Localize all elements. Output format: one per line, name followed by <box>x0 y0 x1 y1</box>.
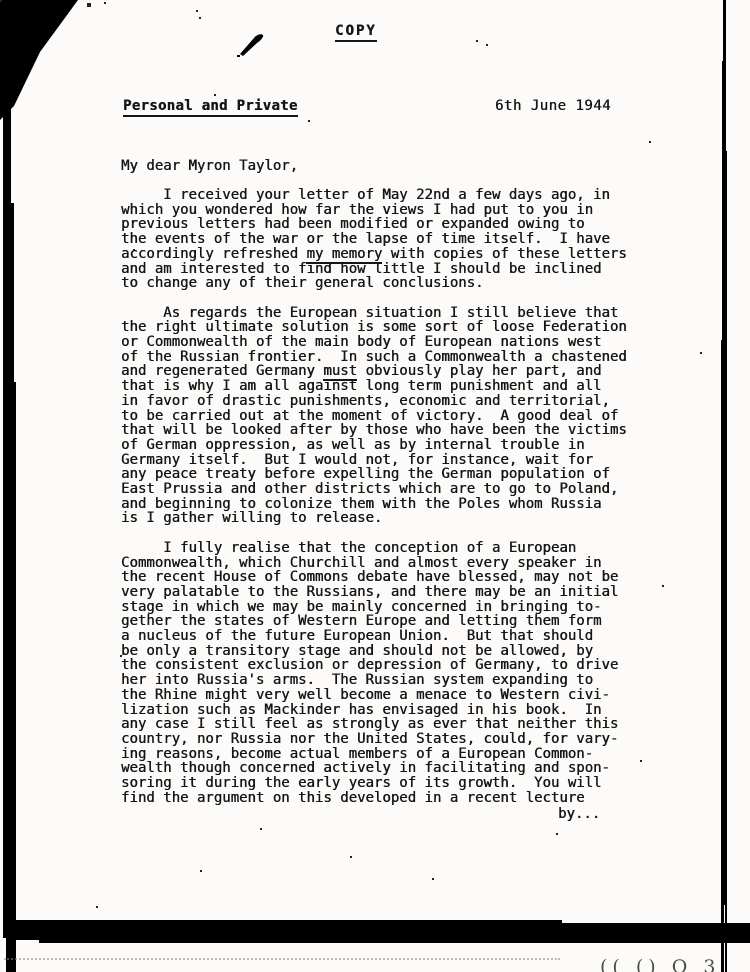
page-corner-fold-artifact <box>0 0 90 125</box>
bottom-dotted-line-artifact <box>4 958 560 960</box>
letter-line: soring it during the early years of its … <box>121 776 661 791</box>
bottom-scan-band-artifact <box>9 920 562 940</box>
letter-line: As regards the European situation I stil… <box>121 306 661 321</box>
letter-line: previous letters had been modified or ex… <box>121 217 661 232</box>
letter-line: in favor of drastic punishments, economi… <box>121 394 661 409</box>
letter-line: I fully realise that the conception of a… <box>121 541 661 556</box>
letter-line: Germany itself. But I would not, for ins… <box>121 453 661 468</box>
letter-paragraph: I fully realise that the conception of a… <box>121 541 661 806</box>
letter-line: of the Russian frontier. In such a Commo… <box>121 350 661 365</box>
ink-mark <box>237 30 265 58</box>
letter-line: ing reasons, become actual members of a … <box>121 747 661 762</box>
letter-line: very palatable to the Russians, and ther… <box>121 585 661 600</box>
letter-line: the right ultimate solution is some sort… <box>121 320 661 335</box>
letter-line: gether the states of Western Europe and … <box>121 614 661 629</box>
scan-speckles <box>0 0 2 2</box>
letter-line: that will be looked after by those who h… <box>121 423 661 438</box>
letter-line: of German oppression, as well as by inte… <box>121 438 661 453</box>
letter-paragraph: As regards the European situation I stil… <box>121 306 661 527</box>
handwritten-fragment: (( () O 3 <box>600 956 720 972</box>
letter-line: to be carried out at the moment of victo… <box>121 409 661 424</box>
letter-line: the events of the war or the lapse of ti… <box>121 232 661 247</box>
letter-line: which you wondered how far the views I h… <box>121 203 661 218</box>
continuation-marker: by... <box>558 807 600 822</box>
left-scan-edge-artifact <box>3 82 11 938</box>
letter-line: the consistent exclusion or depression o… <box>121 658 661 673</box>
letter-line: any peace treaty before expelling the Ge… <box>121 467 661 482</box>
letter-line: and am interested to find how little I s… <box>121 262 661 277</box>
letter-line: the Rhine might very well become a menac… <box>121 688 661 703</box>
letter-line: and regenerated Germany must obviously p… <box>121 364 661 379</box>
letter-line: country, nor Russia nor the United State… <box>121 732 661 747</box>
letter-line: her into Russia's arms. The Russian syst… <box>121 673 661 688</box>
letter-line: Commonwealth, which Churchill and almost… <box>121 556 661 571</box>
letter-line: find the argument on this developed in a… <box>121 791 661 806</box>
letter-line: stage in which we may be mainly concerne… <box>121 600 661 615</box>
scanned-letter-page: COPY Personal and Private 6th June 1944 … <box>0 0 750 972</box>
letter-line: wealth though concerned actively in faci… <box>121 761 661 776</box>
letter-body: I received your letter of May 22nd a few… <box>121 188 661 820</box>
salutation: My dear Myron Taylor, <box>121 159 298 174</box>
letter-line: lization such as Mackinder has envisaged… <box>121 703 661 718</box>
letter-line: East Prussia and other districts which a… <box>121 482 661 497</box>
right-scan-edge-artifact <box>723 0 726 905</box>
letter-line: I received your letter of May 22nd a few… <box>121 188 661 203</box>
letter-line: a nucleus of the future European Union. … <box>121 629 661 644</box>
letter-line: to change any of their general conclusio… <box>121 276 661 291</box>
letter-line: is I gather willing to release. <box>121 511 661 526</box>
letter-line: or Commonwealth of the main body of Euro… <box>121 335 661 350</box>
letter-line: the recent House of Commons debate have … <box>121 570 661 585</box>
copy-stamp: COPY <box>335 24 377 42</box>
letter-paragraph: I received your letter of May 22nd a few… <box>121 188 661 291</box>
letter-line: any case I still feel as strongly as eve… <box>121 717 661 732</box>
letter-line: and beginning to colonize them with the … <box>121 497 661 512</box>
letter-line: accordingly refreshed my memory with cop… <box>121 247 661 262</box>
letter-line: be only a transitory stage and should no… <box>121 644 661 659</box>
letter-date: 6th June 1944 <box>495 99 611 114</box>
classification-label: Personal and Private <box>123 99 298 117</box>
letter-line: that is why I am all against long term p… <box>121 379 661 394</box>
